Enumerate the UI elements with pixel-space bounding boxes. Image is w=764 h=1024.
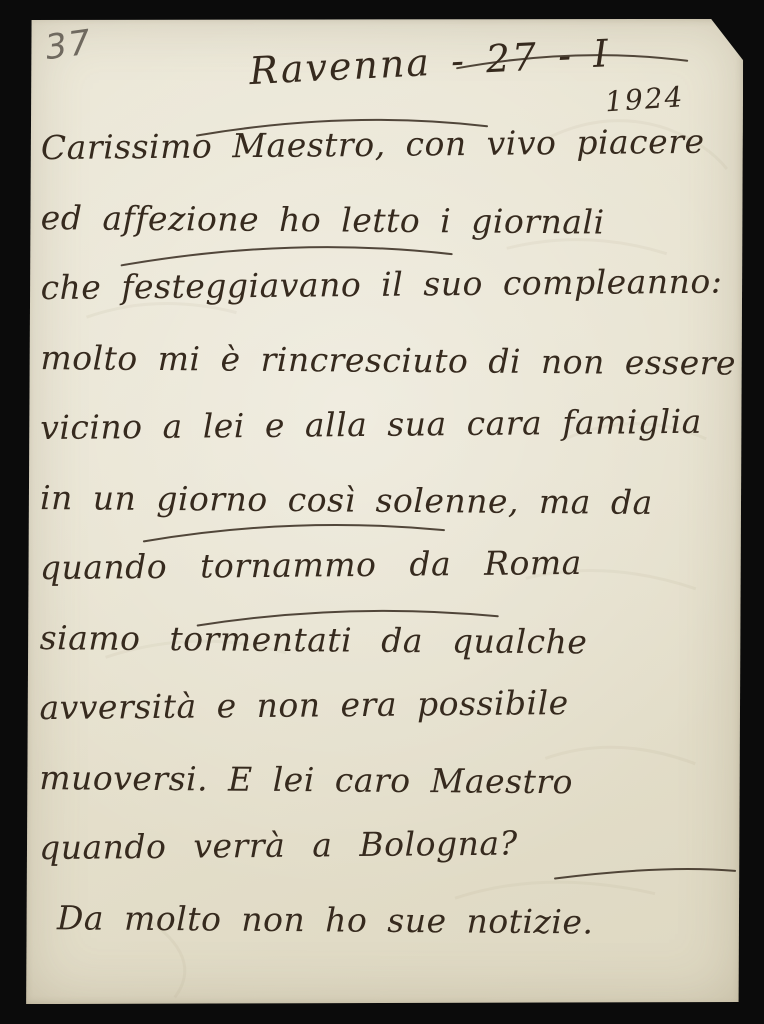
- letter-line: quando verrà a Bologna?: [39, 806, 740, 883]
- letter-line: Da molto non ho sue notizie.: [39, 883, 740, 958]
- page-number-annotation: 37: [43, 22, 95, 68]
- letter-line: quando tornammo da Roma: [40, 526, 741, 603]
- letter-line: Carissimo Maestro, con vivo piacere: [41, 106, 742, 183]
- letter-line: vicino a lei e alla sua cara famiglia: [40, 386, 741, 463]
- letter-body: Carissimo Maestro, con vivo piacere ed a…: [39, 113, 741, 955]
- letter-line: che festeggiavano il suo compleanno:: [40, 246, 741, 323]
- dateline-place-date: Ravenna - 27 - I: [248, 31, 611, 93]
- letter-page: 37 Ravenna - 27 - I 1924 Carissimo Maest…: [25, 17, 744, 1006]
- letter-line: avversità e non era possibile: [39, 666, 740, 743]
- scan-background: { "letter": { "page_number": "37", "date…: [0, 0, 764, 1024]
